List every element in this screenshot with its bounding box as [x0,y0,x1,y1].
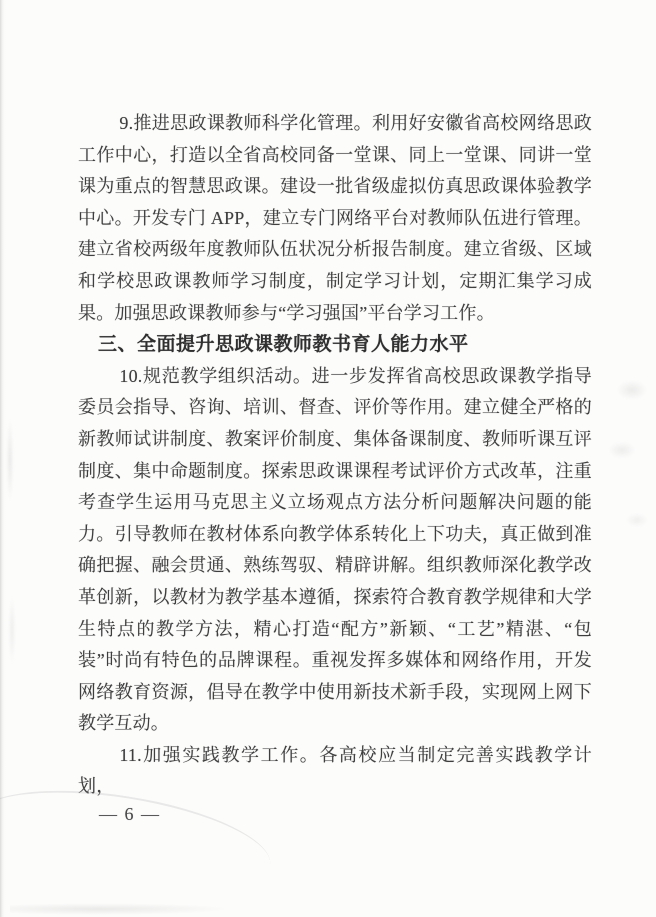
paragraph-item-10: 10.规范教学组织活动。进一步发挥省高校思政课教学指导委员会指导、咨询、培训、督… [78,361,592,740]
scan-smear-artifact [10,903,230,915]
scanned-document-page: 9.推进思政课教师科学化管理。利用好安徽省高校网络思政工作中心，打造以全省高校同… [0,0,656,917]
section-heading-3: 三、全面提升思政课教师教书育人能力水平 [78,329,592,361]
ink-bleed-artifact-left [2,380,28,710]
paragraph-item-9: 9.推进思政课教师科学化管理。利用好安徽省高校网络思政工作中心，打造以全省高校同… [78,108,592,329]
scan-edge-shadow [0,0,7,917]
page-number: — 6 — [99,804,161,825]
paragraph-item-11: 11.加强实践教学工作。各高校应当制定完善实践教学计划， [78,740,592,803]
document-body: 9.推进思政课教师科学化管理。利用好安徽省高校网络思政工作中心，打造以全省高校同… [78,108,592,803]
ink-bleed-artifact-right [592,200,652,560]
